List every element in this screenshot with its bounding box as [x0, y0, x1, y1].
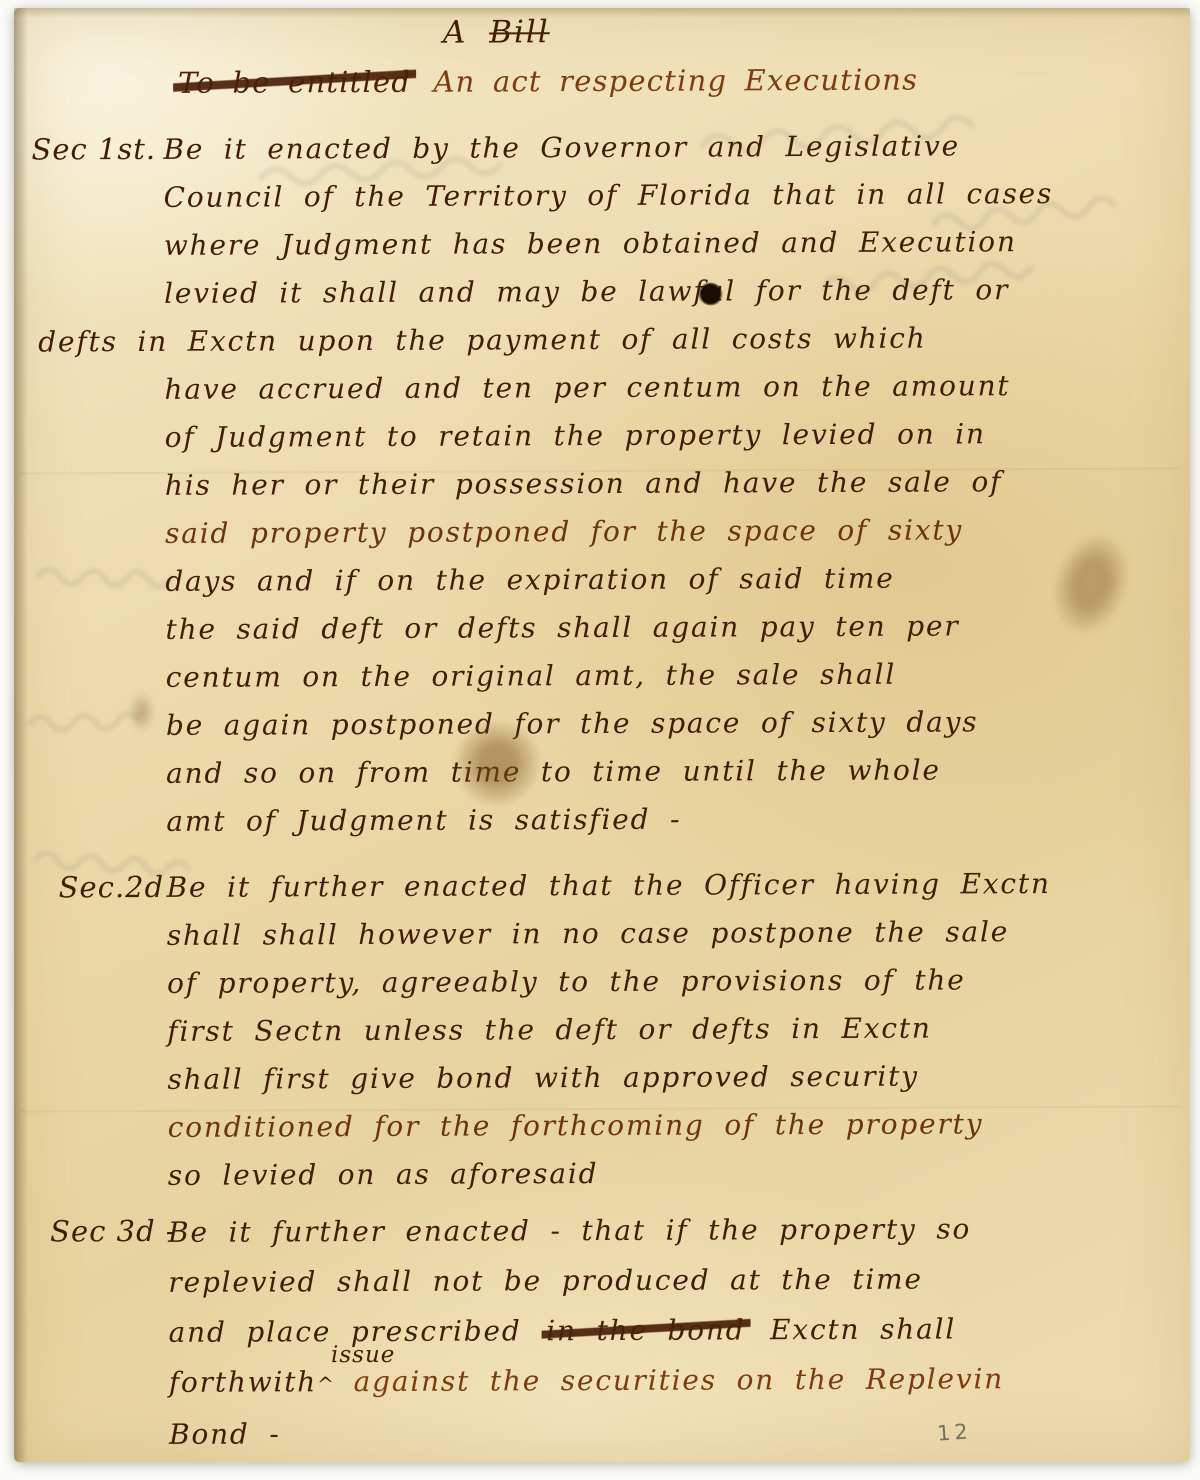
section-1-label: Sec 1st.	[31, 132, 156, 167]
manuscript-line: first Sectn unless the deft or defts in …	[167, 1003, 1179, 1055]
section-3-body: Be it further enacted - that if the prop…	[168, 1203, 1181, 1459]
section-1-body: Be it enacted by the Governor and Legisl…	[163, 121, 1178, 845]
manuscript-line: Be it enacted by the Governor and Legisl…	[163, 121, 1175, 173]
manuscript-line: his her or their possession and have the…	[165, 457, 1177, 509]
manuscript-line: and so on from time to time until the wh…	[166, 745, 1178, 797]
line-text: against the securities on the Replevin	[354, 1362, 1005, 1398]
manuscript-line-margin-hang: defts in Exctn upon the payment of all c…	[38, 313, 1176, 366]
line-text: forthwith	[169, 1365, 317, 1399]
manuscript-line: days and if on the expiration of said ti…	[165, 553, 1177, 605]
scanned-manuscript-page: { "header": { "bill_word_a": "A", "bill_…	[0, 0, 1200, 1480]
manuscript-line: amt of Judgment is satisfied -	[166, 793, 1178, 845]
manuscript-line: so levied on as aforesaid	[168, 1147, 1180, 1199]
bill-title-word-a: A	[443, 15, 468, 51]
manuscript-line: Be it further enacted - that if the prop…	[168, 1203, 1180, 1257]
section-2-label: Sec.2d	[59, 870, 165, 904]
manuscript-line: shall shall however in no case postpone …	[167, 907, 1179, 959]
manuscript-line-with-strikeout: and place prescribed in the bond Exctn s…	[168, 1303, 1180, 1357]
manuscript-line: centum on the original amt, the sale sha…	[166, 649, 1178, 701]
manuscript-line: have accrued and ten per centum on the a…	[164, 361, 1176, 413]
section-3-label: Sec 3d -	[50, 1214, 177, 1249]
pencil-page-number: 12	[936, 1419, 972, 1446]
manuscript-line: of property, agreeably to the provisions…	[167, 955, 1179, 1007]
manuscript-line: shall first give bond with approved secu…	[167, 1051, 1179, 1103]
manuscript-line: Council of the Territory of Florida that…	[164, 169, 1176, 221]
bill-subtitle: An act respecting Executions	[433, 63, 918, 99]
manuscript-line: conditioned for the forthcoming of the p…	[168, 1099, 1180, 1151]
struck-entitled-phrase: To be entitled	[173, 65, 416, 100]
struck-phrase: in the bond	[541, 1313, 750, 1347]
section-2-body: Be it further enacted that the Officer h…	[167, 859, 1180, 1199]
manuscript-line: Be it further enacted that the Officer h…	[167, 859, 1179, 911]
paper-stain	[128, 690, 156, 734]
manuscript-line: said property postponed for the space of…	[165, 505, 1177, 557]
manuscript-line: where Judgment has been obtained and Exe…	[164, 217, 1176, 269]
manuscript-line: of Judgment to retain the property levie…	[165, 409, 1177, 461]
manuscript-line: levied it shall and may be lawful for th…	[164, 265, 1176, 317]
line-text: Exctn shall	[770, 1312, 956, 1346]
inserted-word: issue	[331, 1330, 396, 1380]
manuscript-line: the said deft or defts shall again pay t…	[165, 601, 1177, 653]
bleed-through-mark	[33, 556, 184, 601]
manuscript-line-with-insertion: forthwith^issue against the securities o…	[169, 1353, 1181, 1409]
manuscript-line: be again postponed for the space of sixt…	[166, 697, 1178, 749]
manuscript-line: Bond -	[169, 1405, 1181, 1459]
bill-title: A Bill	[443, 14, 550, 50]
bleed-through-mark	[23, 700, 154, 745]
insertion-group: ^issue	[317, 1357, 334, 1409]
ink-blot	[698, 282, 723, 305]
bill-title-word-bill: Bill	[489, 14, 550, 50]
bill-subtitle-line: To be entitled An act respecting Executi…	[173, 63, 918, 100]
manuscript-line: replevied shall not be produced at the t…	[168, 1253, 1180, 1307]
manuscript-content: A Bill To be entitled An act respecting …	[0, 0, 1200, 1480]
